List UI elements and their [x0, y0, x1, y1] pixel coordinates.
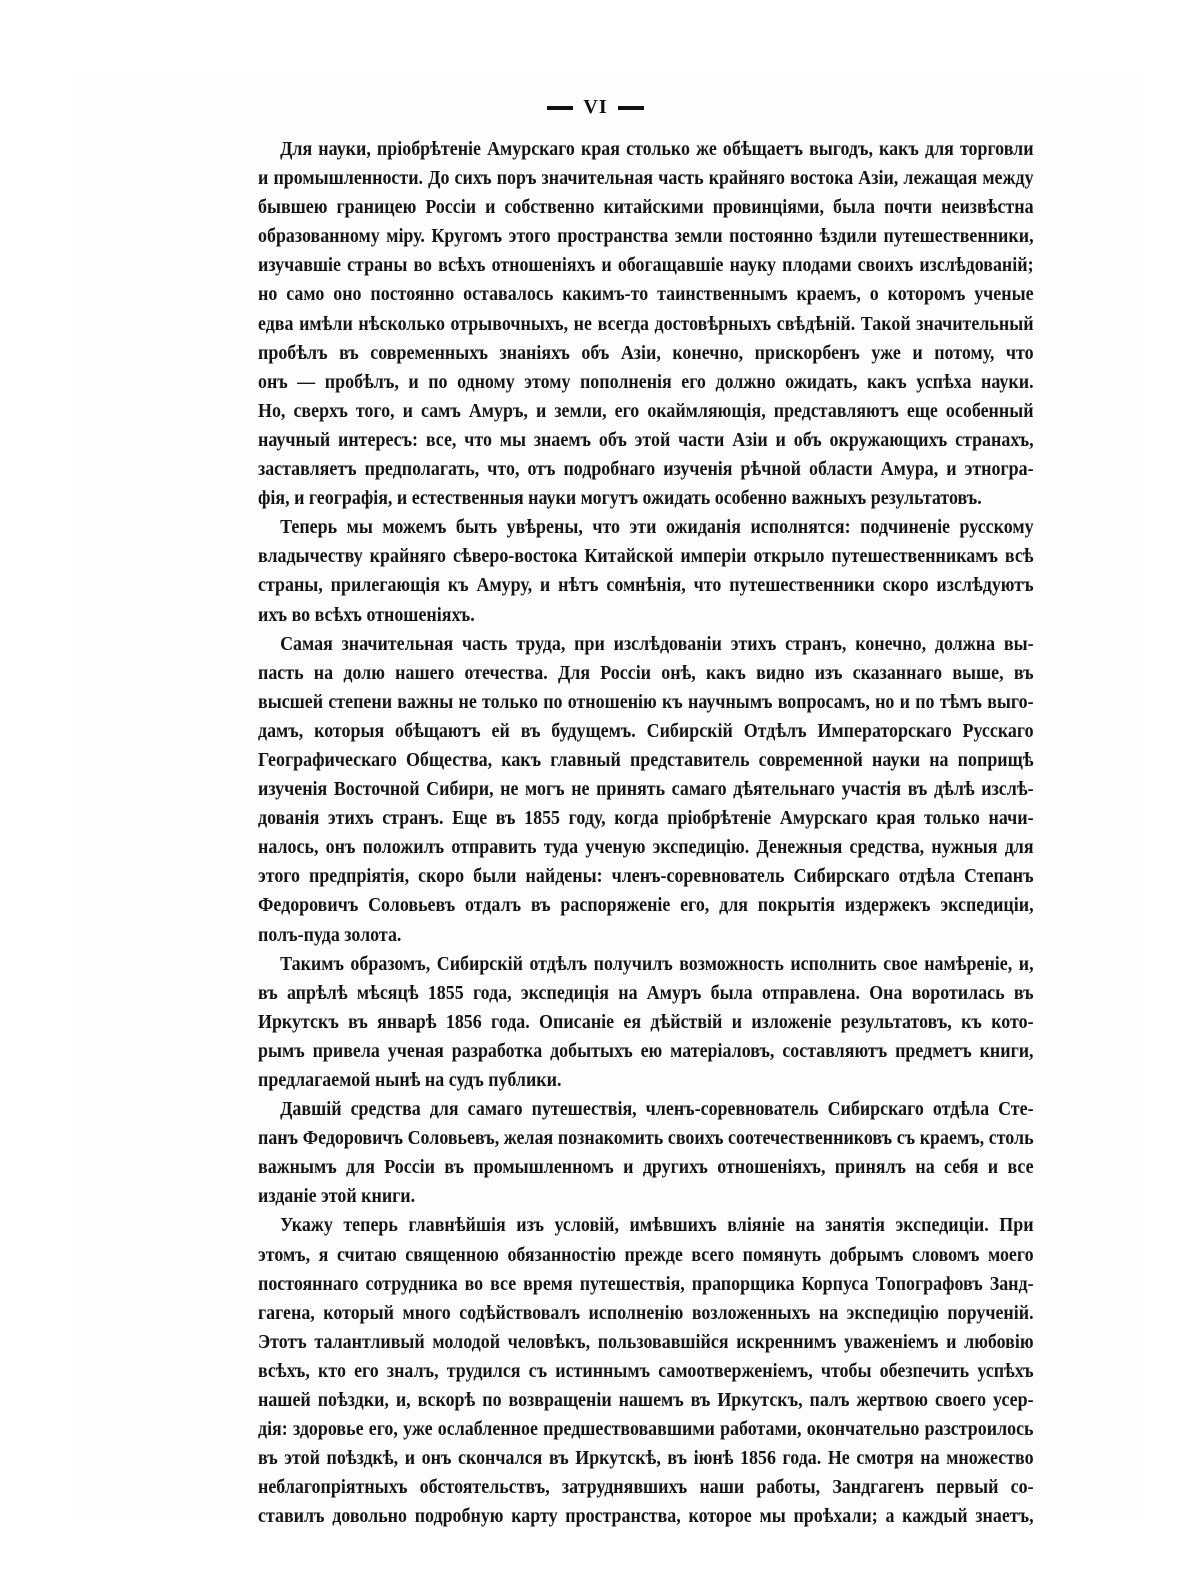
text-line: едва имѣли нѣсколько отрывочныхъ, не все…	[258, 310, 1034, 339]
text-line: налось, онъ положилъ отправить туда учен…	[258, 833, 1034, 862]
text-line: полъ-пуда золота.	[258, 921, 1034, 950]
text-line: Иркутскъ въ январѣ 1856 года. Описаніе е…	[258, 1008, 1034, 1037]
text-line: изученія Восточной Сибири, не могъ не пр…	[258, 775, 1034, 804]
text-line: Теперь мы можемъ быть увѣрены, что эти о…	[258, 513, 1034, 542]
text-line: Но, сверхъ того, и самъ Амуръ, и земли, …	[258, 397, 1034, 426]
text-line: пасть на долю нашего отечества. Для Росс…	[258, 659, 1034, 688]
paragraph: Давшій средства для самаго путешествія, …	[258, 1095, 972, 1211]
text-line: Для науки, пріобрѣтеніе Амурскаго края с…	[258, 135, 1034, 164]
text-line: владычеству крайняго сѣверо-востока Кита…	[258, 542, 1034, 571]
text-line: панъ Федоровичъ Соловьевъ, желая познако…	[258, 1124, 1034, 1153]
text-line: всѣхъ, кто его зналъ, трудился съ истинн…	[258, 1357, 1034, 1386]
paragraph: Теперь мы можемъ быть увѣрены, что эти о…	[258, 513, 972, 629]
text-line: и промышленности. До сихъ поръ значитель…	[258, 164, 1034, 193]
paragraph: Самая значительная часть труда, при изсл…	[258, 630, 972, 950]
text-line: Давшій средства для самаго путешествія, …	[258, 1095, 1034, 1124]
page-number-dash-left	[547, 106, 573, 110]
page-number: VI	[0, 96, 1191, 119]
text-line: дованія этихъ странъ. Еще въ 1855 году, …	[258, 804, 1034, 833]
text-line: фія, и географія, и естественныя науки м…	[258, 484, 1034, 513]
text-line: Федоровичъ Соловьевъ отдалъ въ распоряже…	[258, 891, 1034, 920]
text-line: дамъ, которыя обѣщаютъ ей въ будущемъ. С…	[258, 717, 1034, 746]
text-line: научный интересъ: все, что мы знаемъ объ…	[258, 426, 1034, 455]
text-line: изучавшіе страны во всѣхъ отношеніяхъ и …	[258, 251, 1034, 280]
text-line: пробѣлъ въ современныхъ знаніяхъ объ Азі…	[258, 339, 1034, 368]
text-line: важнымъ для Россіи въ промышленномъ и др…	[258, 1153, 1034, 1182]
text-line: дія: здоровье его, уже ослабленное предш…	[258, 1415, 1034, 1444]
text-line: изданіе этой книги.	[258, 1182, 1034, 1211]
text-line: въ апрѣлѣ мѣсяцѣ 1855 года, экспедиція н…	[258, 979, 1034, 1008]
paragraph: Укажу теперь главнѣйшія изъ условій, имѣ…	[258, 1211, 972, 1531]
text-line: Укажу теперь главнѣйшія изъ условій, имѣ…	[258, 1211, 1034, 1240]
text-line: постояннаго сотрудника во все время путе…	[258, 1270, 1034, 1299]
text-line: гагена, который много содѣйствовалъ испо…	[258, 1299, 1034, 1328]
text-line: высшей степени важны не только по отноше…	[258, 688, 1034, 717]
text-line: но само оно постоянно оставалось какимъ-…	[258, 280, 1034, 309]
text-line: неблагопріятныхъ обстоятельствъ, затрудн…	[258, 1473, 1034, 1502]
page-number-dash-right	[618, 106, 644, 110]
text-line: ихъ во всѣхъ отношеніяхъ.	[258, 601, 1034, 630]
text-line: этомъ, я считаю священною обязанностію п…	[258, 1241, 1034, 1270]
text-line: нашей поѣздки, и, вскорѣ по возвращеніи …	[258, 1386, 1034, 1415]
text-line: Географическаго Общества, какъ главный п…	[258, 746, 1034, 775]
text-line: Этотъ талантливый молодой человѣкъ, поль…	[258, 1328, 1034, 1357]
paragraph: Для науки, пріобрѣтеніе Амурскаго края с…	[258, 135, 972, 513]
text-line: образованному міру. Кругомъ этого простр…	[258, 222, 1034, 251]
text-line: рымъ привела ученая разработка добытыхъ …	[258, 1037, 1034, 1066]
text-line: онъ — пробѣлъ, и по одному этому пополне…	[258, 368, 1034, 397]
paragraph: Такимъ образомъ, Сибирскій отдѣлъ получи…	[258, 950, 972, 1095]
text-line: ставилъ довольно подробную карту простра…	[258, 1502, 1034, 1531]
text-line: Самая значительная часть труда, при изсл…	[258, 630, 1034, 659]
text-line: Такимъ образомъ, Сибирскій отдѣлъ получи…	[258, 950, 1034, 979]
body-text: Для науки, пріобрѣтеніе Амурскаго края с…	[258, 135, 972, 1532]
text-line: страны, прилегающія къ Амуру, и нѣтъ сом…	[258, 571, 1034, 600]
text-line: этого предпріятія, скоро были найдены: ч…	[258, 862, 1034, 891]
text-line: заставляетъ предполагать, что, отъ подро…	[258, 455, 1034, 484]
text-line: въ этой поѣздкѣ, и онъ скончался въ Ирку…	[258, 1444, 1034, 1473]
text-line: предлагаемой нынѣ на судъ публики.	[258, 1066, 1034, 1095]
page-number-label: VI	[583, 96, 607, 118]
text-line: бывшею границею Россіи и собственно кита…	[258, 193, 1034, 222]
